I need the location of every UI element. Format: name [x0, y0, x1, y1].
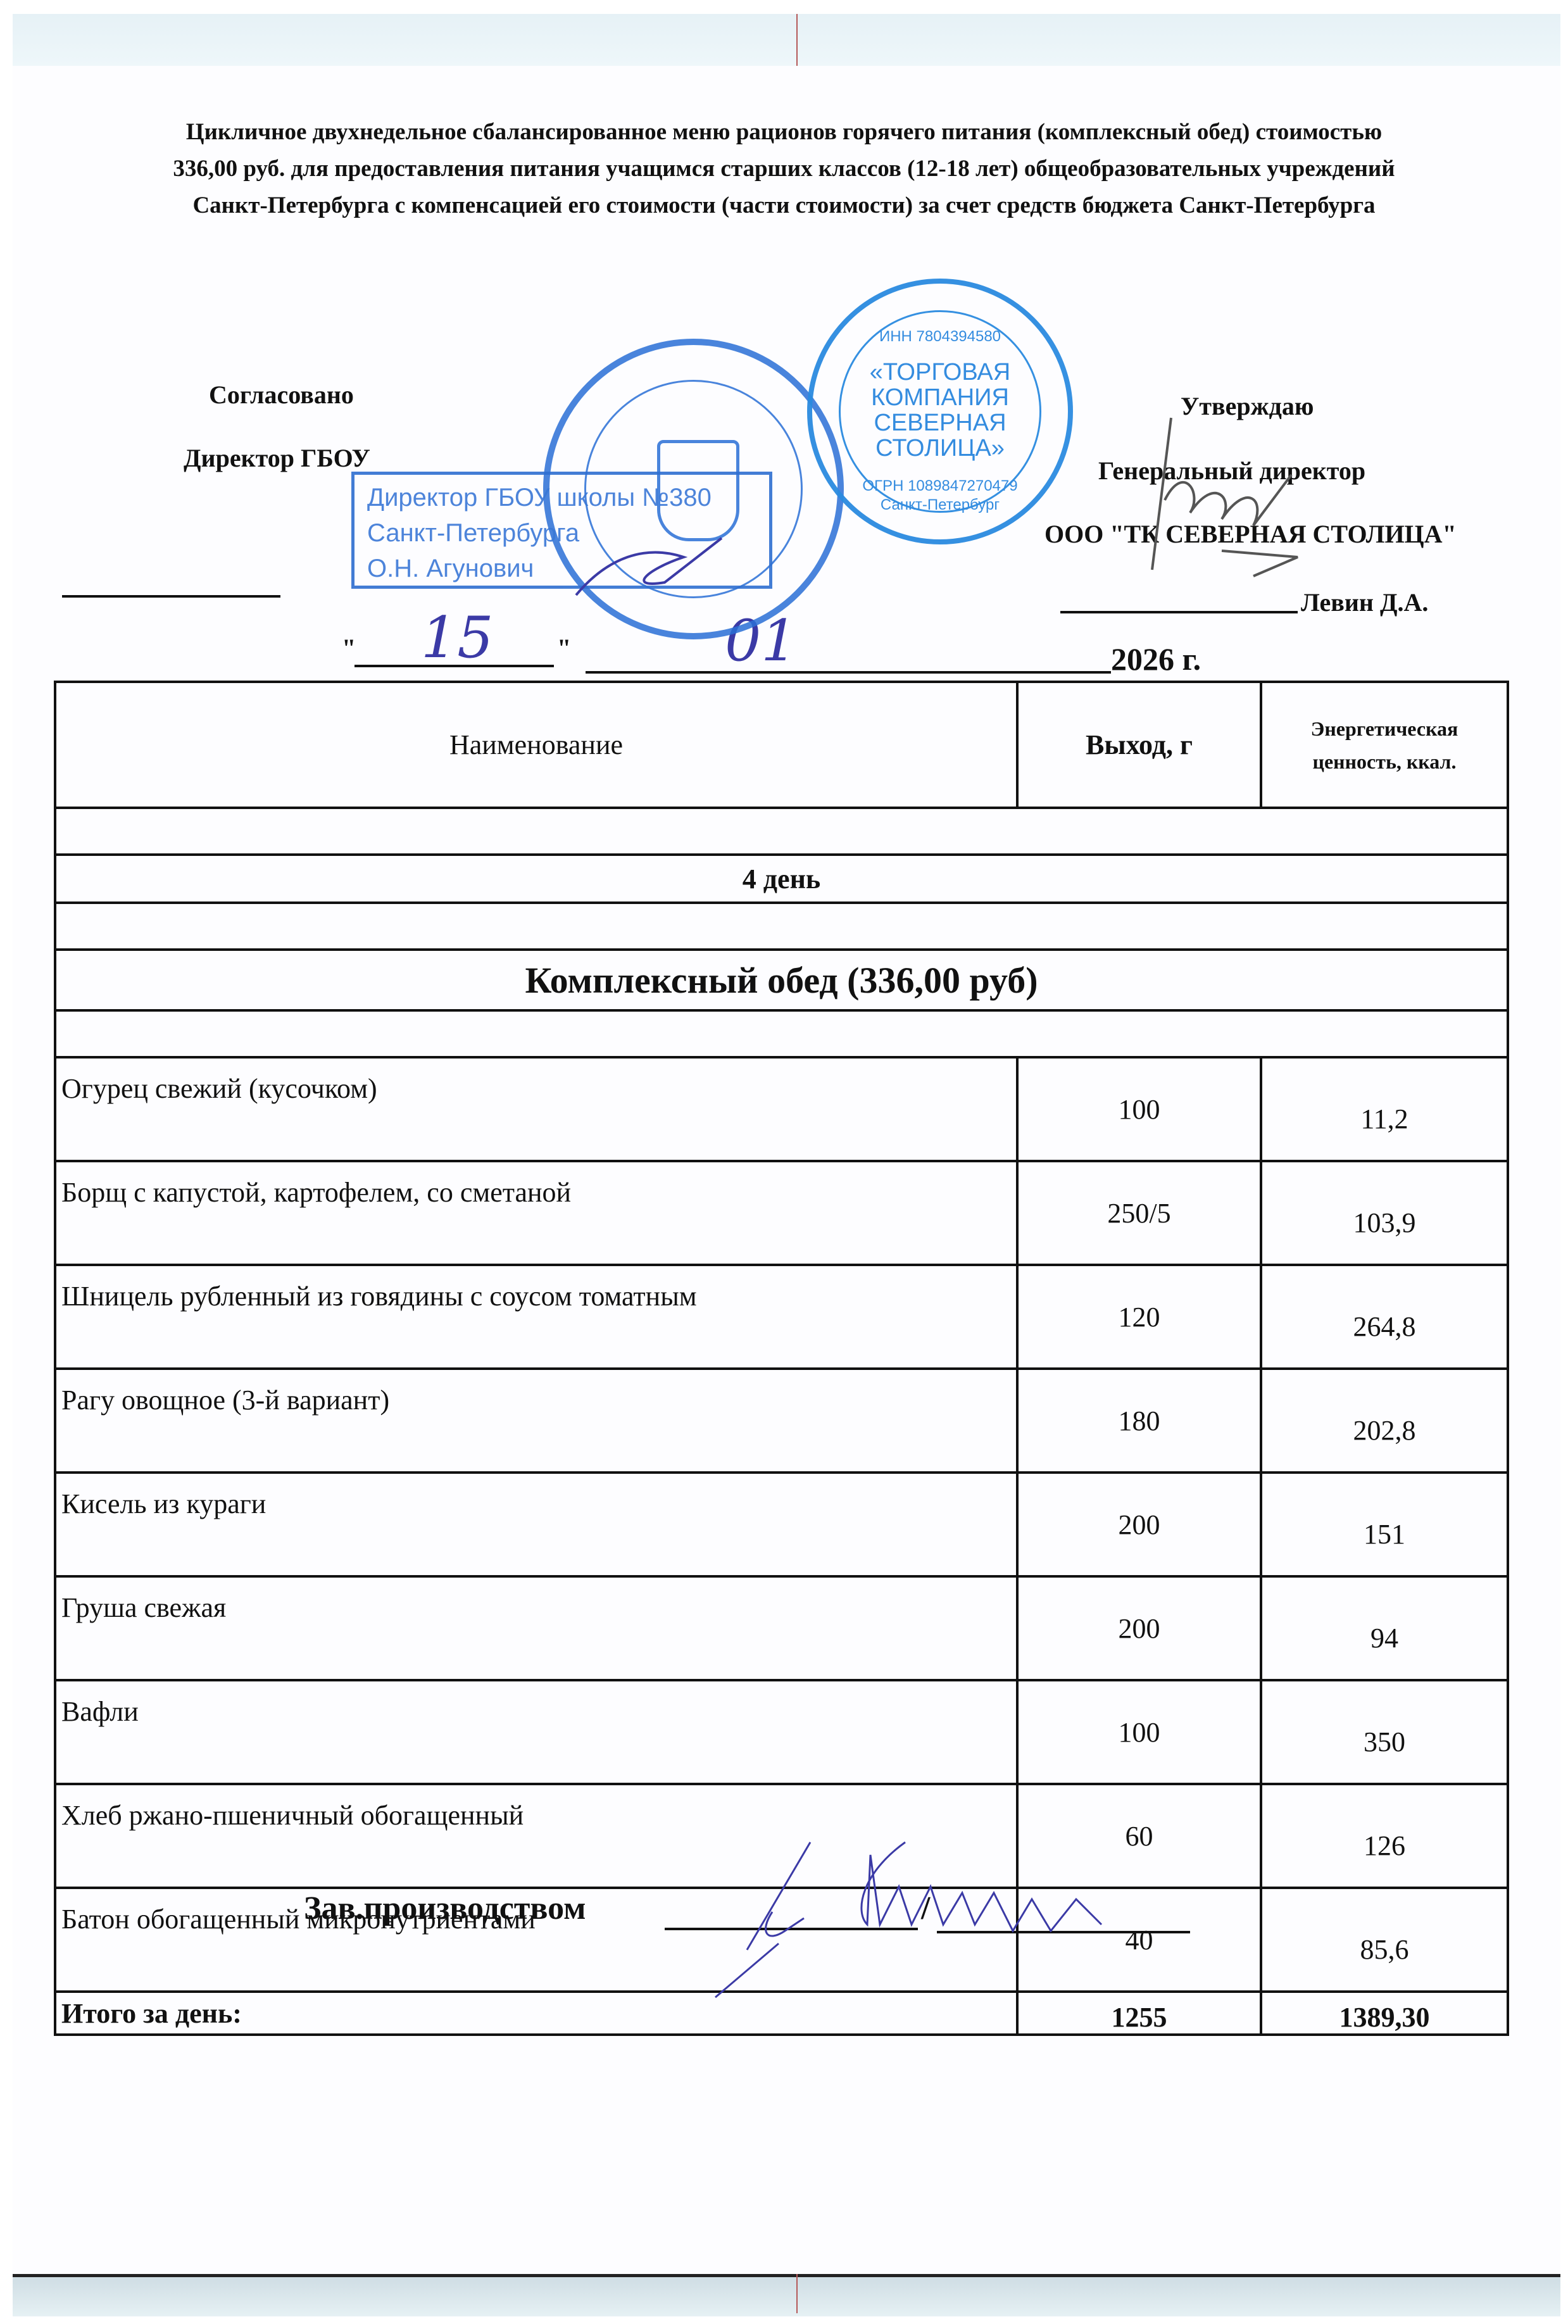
- header-name: Наименование: [55, 682, 1017, 808]
- table-row: Огурец свежий (кусочком)10011,2: [55, 1057, 1508, 1161]
- school-signature: [570, 519, 734, 608]
- table-row: Груша свежая20094: [55, 1576, 1508, 1680]
- dish-kcal: 151: [1261, 1473, 1508, 1576]
- day-label: 4 день: [55, 855, 1508, 903]
- document-title: Цикличное двухнедельное сбалансированное…: [63, 114, 1505, 224]
- dish-kcal: 94: [1261, 1576, 1508, 1680]
- director-name: Левин Д.А.: [1301, 587, 1428, 617]
- day-row: 4 день: [55, 855, 1508, 903]
- stamp-line: ОГРН 1089847270479: [812, 477, 1068, 496]
- stamp-line: Директор ГБОУ школы №380: [367, 480, 769, 515]
- table-row: Шницель рубленный из говядины с соусом т…: [55, 1265, 1508, 1369]
- school-director-label: Директор ГБОУ: [184, 443, 370, 473]
- agreed-label: Согласовано: [209, 380, 354, 410]
- stamp-line: Санкт-Петербург: [812, 496, 1068, 515]
- table-row: Вафли100350: [55, 1680, 1508, 1784]
- dish-yield: 250/5: [1017, 1161, 1261, 1265]
- dish-name: Кисель из кураги: [55, 1473, 1017, 1576]
- dish-name: Вафли: [55, 1680, 1017, 1784]
- date-month-line: [586, 671, 1111, 674]
- dish-kcal: 126: [1261, 1784, 1508, 1888]
- stamp-line: КОМПАНИЯ: [812, 385, 1068, 410]
- stamp-company-name: «ТОРГОВАЯ КОМПАНИЯ СЕВЕРНАЯ СТОЛИЦА»: [812, 360, 1068, 461]
- dish-yield: 180: [1017, 1369, 1261, 1473]
- fold-mark-bottom: [796, 2274, 798, 2313]
- table-row: Рагу овощное (3-й вариант)180202,8: [55, 1369, 1508, 1473]
- date-quote-close: ": [557, 633, 571, 663]
- dish-name: Груша свежая: [55, 1576, 1017, 1680]
- total-kcal: 1389,30: [1261, 1992, 1508, 2035]
- scan-border-top: [13, 14, 1560, 66]
- fold-mark-top: [796, 14, 798, 66]
- spacer-row: [55, 808, 1508, 855]
- menu-table: Наименование Выход, г Энергетическая цен…: [54, 681, 1509, 2036]
- title-line: Цикличное двухнедельное сбалансированное…: [63, 114, 1505, 151]
- table-row: Борщ с капустой, картофелем, со сметаной…: [55, 1161, 1508, 1265]
- handwritten-day: 15: [421, 605, 494, 671]
- header-energy: Энергетическая ценность, ккал.: [1261, 682, 1508, 808]
- dish-name: Борщ с капустой, картофелем, со сметаной: [55, 1161, 1017, 1265]
- dish-yield: 200: [1017, 1576, 1261, 1680]
- dish-kcal: 11,2: [1261, 1057, 1508, 1161]
- dish-yield: 100: [1017, 1680, 1261, 1784]
- spacer-row: [55, 903, 1508, 950]
- production-manager-signature: [696, 1836, 1215, 2001]
- dish-kcal: 85,6: [1261, 1888, 1508, 1992]
- company-round-stamp: ИНН 7804394580 «ТОРГОВАЯ КОМПАНИЯ СЕВЕРН…: [807, 279, 1073, 544]
- stamp-line: СТОЛИЦА»: [812, 436, 1068, 461]
- dish-name: Рагу овощное (3-й вариант): [55, 1369, 1017, 1473]
- table-header-row: Наименование Выход, г Энергетическая цен…: [55, 682, 1508, 808]
- dish-yield: 100: [1017, 1057, 1261, 1161]
- date-year: 2026 г.: [1111, 641, 1201, 677]
- stamp-line: СЕВЕРНАЯ: [812, 410, 1068, 436]
- table-row: Кисель из кураги200151: [55, 1473, 1508, 1576]
- stamp-line: «ТОРГОВАЯ: [812, 360, 1068, 385]
- dish-yield: 200: [1017, 1473, 1261, 1576]
- dish-kcal: 350: [1261, 1680, 1508, 1784]
- meal-row: Комплексный обед (336,00 руб): [55, 950, 1508, 1010]
- scan-border-bottom: [13, 2274, 1560, 2316]
- title-line: 336,00 руб. для предоставления питания у…: [63, 151, 1505, 187]
- header-yield: Выход, г: [1017, 682, 1261, 808]
- dish-name: Огурец свежий (кусочком): [55, 1057, 1017, 1161]
- dish-kcal: 264,8: [1261, 1265, 1508, 1369]
- spacer-row: [55, 1010, 1508, 1057]
- signature-line-left: [62, 595, 280, 598]
- signature-line-right: [1060, 611, 1298, 613]
- stamp-ogrn: ОГРН 1089847270479 Санкт-Петербург: [812, 477, 1068, 515]
- title-line: Санкт-Петербурга с компенсацией его стои…: [63, 187, 1505, 224]
- dish-name: Шницель рубленный из говядины с соусом т…: [55, 1265, 1017, 1369]
- meal-label: Комплексный обед (336,00 руб): [55, 950, 1508, 1010]
- dish-kcal: 103,9: [1261, 1161, 1508, 1265]
- director-signature: [1127, 405, 1317, 582]
- dish-kcal: 202,8: [1261, 1369, 1508, 1473]
- stamp-inn: ИНН 7804394580: [812, 328, 1068, 346]
- date-quote-open: ": [342, 633, 356, 663]
- production-manager-label: Зав.производством: [304, 1890, 586, 1927]
- dish-yield: 120: [1017, 1265, 1261, 1369]
